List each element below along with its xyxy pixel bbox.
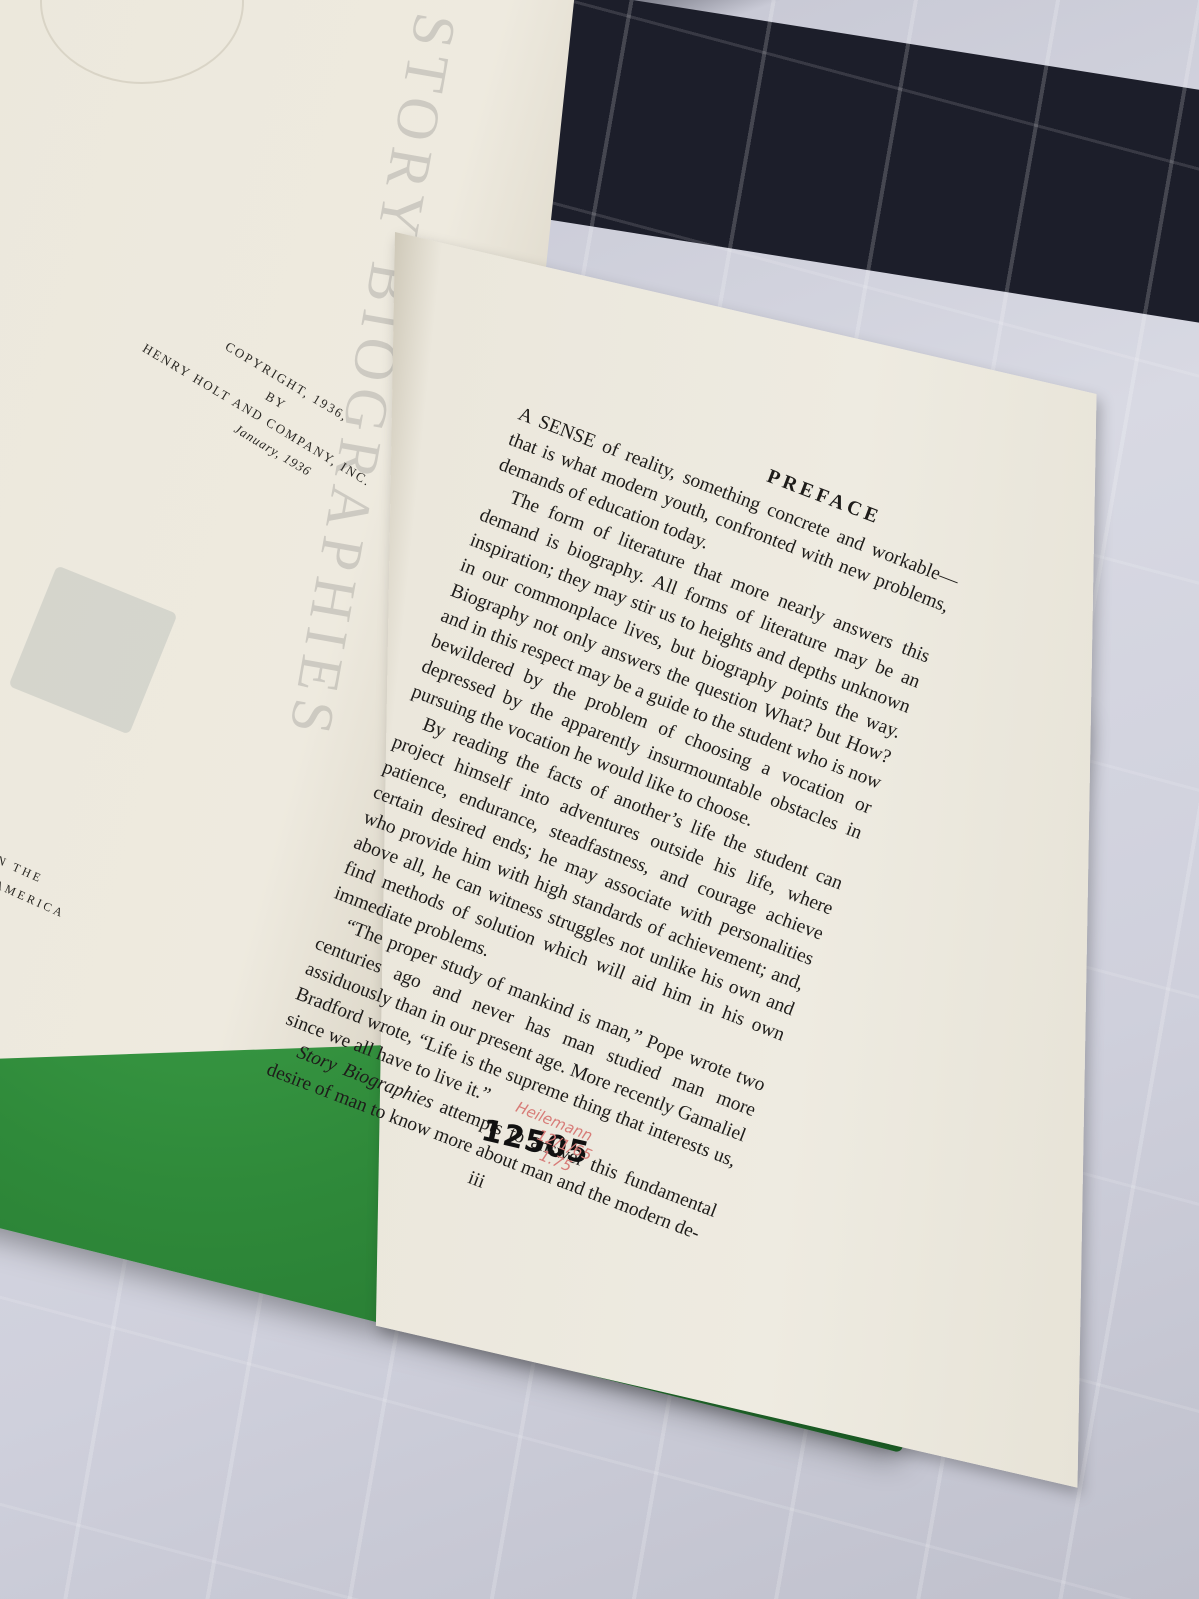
photo-scene: STORY BIOGRAPHIES Copyright, 1936, By He… [0,0,1199,1599]
